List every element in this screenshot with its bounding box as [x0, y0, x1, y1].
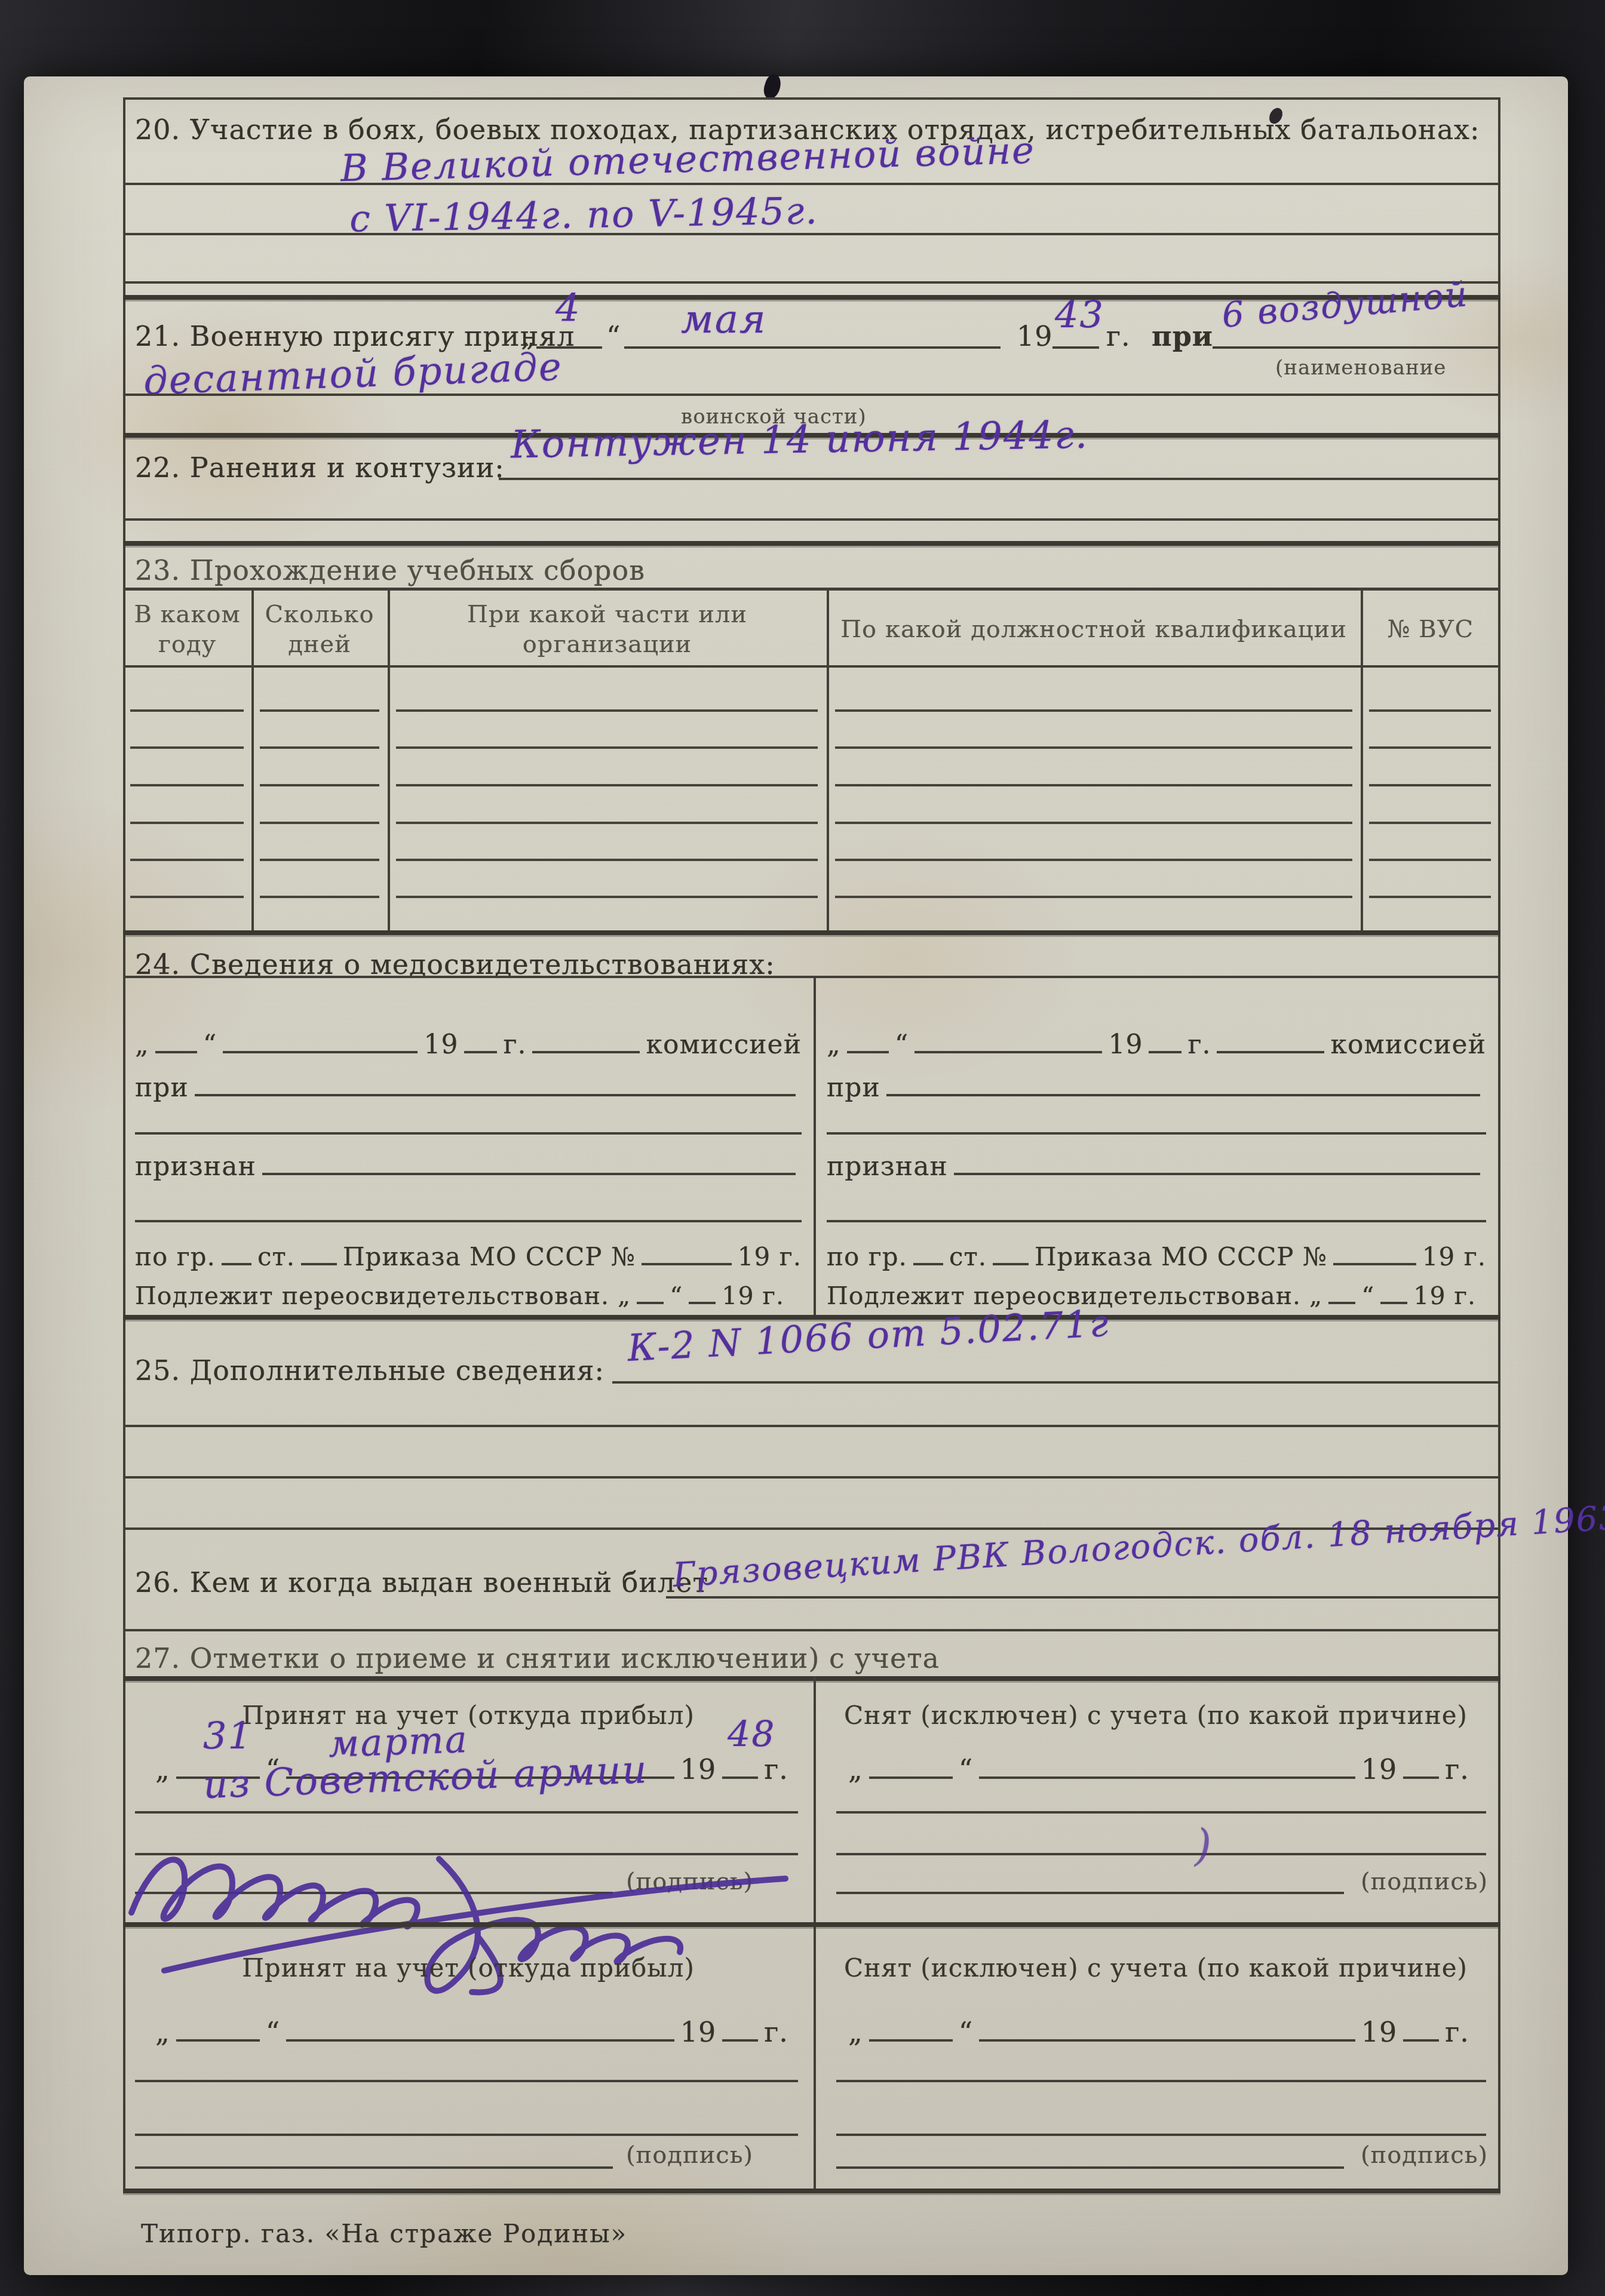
table-header-qualification: По какой должностной квалификации — [829, 596, 1358, 663]
section-21-number: 21. — [135, 320, 180, 352]
year-prefix: 19 — [1422, 1242, 1455, 1271]
handwriting-oath-year: 43 — [1055, 293, 1104, 336]
write-line — [827, 1132, 1486, 1135]
handwriting-wounds: Контужен 14 июня 1944г. — [510, 413, 1088, 468]
med-block-top-rule — [123, 976, 1500, 978]
reexam-label: Подлежит переосвидетельствован. — [135, 1281, 609, 1310]
med-right-reexam-row: Подлежит переосвидетельствован. „“19 г. — [827, 1281, 1486, 1310]
section-26-label: Кем и когда выдан военный билет — [190, 1566, 708, 1599]
handwriting-additional-info: К-2 N 1066 от 5.02.71г — [627, 1301, 1110, 1370]
signature-line — [836, 1892, 1344, 1894]
write-line — [135, 1220, 802, 1222]
year-prefix: 19 — [424, 1029, 458, 1060]
section-25-heading: 25. Дополнительные сведения: — [135, 1354, 604, 1387]
section-23-number: 23. — [135, 554, 180, 586]
scan-background: 20. Участие в боях, боевых походах, парт… — [0, 0, 1605, 2296]
open-quote: „ — [618, 1281, 631, 1310]
section-22-heading: 22. Ранения и контузии: — [135, 451, 505, 484]
section-25-label: Дополнительные сведения: — [190, 1354, 604, 1387]
handwriting-oath-month: мая — [681, 296, 767, 342]
fill-line-month — [624, 346, 1001, 349]
fill-line — [666, 1596, 1498, 1599]
write-line — [123, 183, 1500, 185]
pri-label: при — [135, 1072, 189, 1103]
med-left-date-row: „“19г.комиссией — [135, 1029, 802, 1060]
registry-row-divider — [123, 1922, 1500, 1927]
article-label: ст. — [257, 1242, 295, 1271]
note-naimenovanie: (наименование — [1275, 356, 1446, 380]
year-prefix: 19 — [738, 1242, 771, 1271]
med-right-date-row: „“19г.комиссией — [827, 1029, 1486, 1060]
year-suffix: г. — [1106, 320, 1131, 352]
podpis-label: (подпись) — [1361, 2141, 1488, 2169]
year-prefix: 19 — [1108, 1029, 1143, 1060]
commission-label: комиссией — [646, 1029, 802, 1060]
section-27-heading: 27. Отметки о приеме и снятии исключении… — [135, 1642, 940, 1674]
stray-ink-mark: ) — [1195, 1820, 1213, 1870]
med-left-reexam-row: Подлежит переосвидетельствован. „“19 г. — [135, 1281, 802, 1310]
year-suffix: г. — [1445, 2016, 1469, 2048]
write-line — [836, 2080, 1486, 2082]
open-quote: „ — [848, 2016, 863, 2048]
med-right-pri-row: при — [827, 1072, 1486, 1103]
section-26-number: 26. — [135, 1566, 180, 1599]
year-suffix: г. — [1445, 1753, 1469, 1785]
section-25-number: 25. — [135, 1354, 180, 1387]
section-divider — [123, 541, 1500, 546]
section-23-heading: 23. Прохождение учебных сборов — [135, 554, 645, 586]
signature-line — [836, 2166, 1344, 2169]
close-quote: “ — [959, 2016, 974, 2048]
remove-header: Снят (исключен) с учета (по какой причин… — [825, 1950, 1486, 1986]
close-quote: “ — [266, 2016, 281, 2048]
priznan-label: признан — [135, 1151, 256, 1182]
remove-header: Снят (исключен) с учета (по какой причин… — [825, 1698, 1486, 1733]
signature-line — [135, 2166, 613, 2169]
year-suffix: г. — [764, 2016, 788, 2048]
fill-line — [499, 478, 1498, 480]
remove-date-row: „“19г. — [848, 1753, 1469, 1785]
table-header-days: Сколько дней — [254, 596, 385, 663]
open-quote: „ — [1309, 1281, 1322, 1310]
write-line — [123, 233, 1500, 235]
year-prefix: 19 — [1413, 1281, 1446, 1310]
close-quote: “ — [1361, 1281, 1374, 1310]
year-prefix: 19 — [1361, 1753, 1398, 1785]
handwriting-issued-by: Грязовецким РВК Вологодск. обл. 18 ноябр… — [672, 1496, 1605, 1595]
order-label: Приказа МО СССР № — [343, 1242, 636, 1271]
close-quote: “ — [203, 1029, 217, 1060]
write-line — [123, 394, 1500, 396]
form-top-rule — [123, 97, 1500, 100]
open-quote: „ — [848, 1753, 863, 1785]
write-line — [123, 1425, 1500, 1427]
table-header-year: В каком году — [125, 596, 249, 663]
table-bottom-rule — [123, 930, 1500, 935]
form-right-rule — [1498, 97, 1500, 2193]
section-27-label: Отметки о приеме и снятии исключении) с … — [190, 1642, 940, 1674]
write-line — [123, 281, 1500, 284]
write-line — [135, 1132, 802, 1135]
print-shop-footer: Типогр. газ. «На страже Родины» — [141, 2219, 627, 2248]
handwriting-accept-year: 48 — [728, 1714, 775, 1756]
article-label: ст. — [949, 1242, 987, 1271]
write-line — [135, 2080, 798, 2082]
accept-header: Принят на учет (откуда прибыл) — [159, 1950, 778, 1986]
priznan-label: признан — [827, 1151, 948, 1182]
close-quote: “ — [959, 1753, 974, 1785]
year-suffix: г. — [1187, 1029, 1211, 1060]
open-quote: „ — [135, 1029, 149, 1060]
med-right-order-row: по гр.ст.Приказа МО СССР №19 г. — [827, 1242, 1486, 1271]
podpis-label: (подпись) — [1361, 1868, 1488, 1895]
accept-date-row: „“19г. — [155, 2016, 788, 2048]
year-suffix: г. — [763, 1281, 785, 1310]
year-prefix: 19 — [680, 1753, 717, 1785]
write-line — [135, 2134, 798, 2136]
remove-date-row: „“19г. — [848, 2016, 1469, 2048]
fill-line-year — [1052, 346, 1099, 349]
section-27-number: 27. — [135, 1642, 180, 1674]
write-line — [836, 1853, 1486, 1855]
med-right-priznan-row: признан — [827, 1151, 1486, 1182]
year-prefix: 19 — [722, 1281, 754, 1310]
document-page: 20. Участие в боях, боевых походах, парт… — [24, 76, 1568, 2275]
pri-label: при — [827, 1072, 880, 1103]
registry-table-top-rule — [123, 1676, 1500, 1681]
year-prefix: 19 — [680, 2016, 717, 2048]
year-suffix: г. — [780, 1242, 802, 1271]
med-block-middle-rule — [814, 976, 816, 1315]
fill-line-unit — [1213, 346, 1498, 349]
med-left-order-row: по гр.ст.Приказа МО СССР №19 г. — [135, 1242, 802, 1271]
close-quote: “ — [895, 1029, 909, 1060]
fill-line — [612, 1381, 1498, 1384]
open-quote: „ — [827, 1029, 841, 1060]
med-left-pri-row: при — [135, 1072, 802, 1103]
handwriting-oath-day: 4 — [556, 287, 581, 331]
year-prefix: 19 — [1361, 2016, 1398, 2048]
handwriting-accept-day: 31 — [203, 1714, 253, 1757]
open-quote: „ — [155, 2016, 170, 2048]
group-label: по гр. — [827, 1242, 907, 1271]
pri-label: при — [1152, 320, 1213, 352]
year-suffix: г. — [1454, 1281, 1477, 1310]
close-quote: “ — [670, 1281, 683, 1310]
section-26-heading: 26. Кем и когда выдан военный билет — [135, 1566, 708, 1599]
write-line — [836, 1811, 1486, 1814]
section-23-label: Прохождение учебных сборов — [190, 554, 645, 586]
section-22-number: 22. — [135, 451, 180, 484]
close-quote: “ — [606, 320, 621, 352]
group-label: по гр. — [135, 1242, 216, 1271]
section-22-label: Ранения и контузии: — [190, 451, 505, 484]
write-line — [123, 518, 1500, 521]
order-label: Приказа МО СССР № — [1035, 1242, 1327, 1271]
form-bottom-rule — [123, 2189, 1500, 2193]
write-line — [836, 2134, 1486, 2136]
med-left-priznan-row: признан — [135, 1151, 802, 1182]
year-suffix: г. — [1464, 1242, 1486, 1271]
table-header-unit: При какой части или организации — [390, 596, 824, 663]
write-line — [827, 1220, 1486, 1222]
commission-label: комиссией — [1330, 1029, 1486, 1060]
section-20-number: 20. — [135, 113, 180, 146]
podpis-label: (подпись) — [626, 2141, 753, 2169]
open-quote: „ — [155, 1753, 170, 1785]
write-line — [123, 1476, 1500, 1479]
year-suffix: г. — [503, 1029, 526, 1060]
table-header-bottom-rule — [123, 665, 1500, 668]
year-suffix: г. — [764, 1753, 788, 1785]
write-line — [123, 1629, 1500, 1631]
table-top-rule — [123, 588, 1500, 591]
year-prefix: 19 — [1017, 320, 1053, 352]
table-header-vus: № ВУС — [1363, 596, 1498, 663]
ink-blot — [761, 72, 784, 101]
